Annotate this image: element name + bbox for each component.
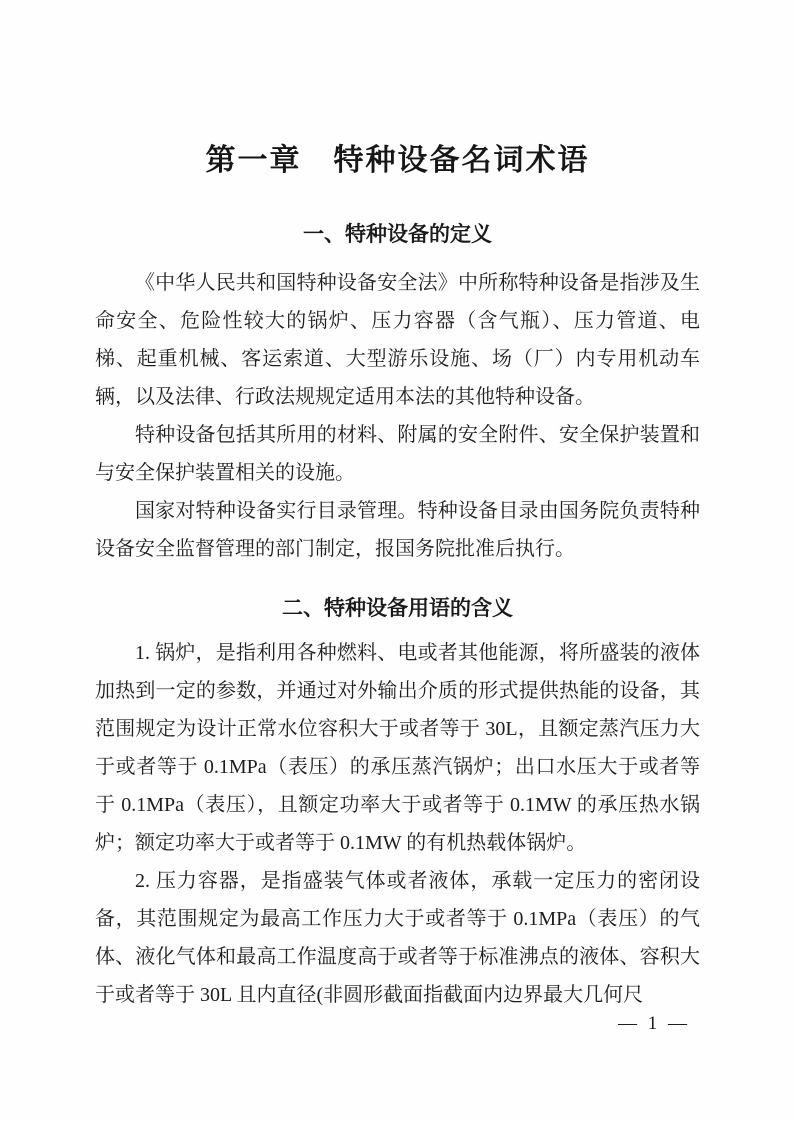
paragraph: 1. 锅炉，是指利用各种燃料、电或者其他能源，将所盛装的液体加热到一定的参数，并… — [95, 634, 700, 862]
paragraph: 国家对特种设备实行目录管理。特种设备目录由国务院负责特种设备安全监督管理的部门制… — [95, 492, 700, 568]
paragraph: 特种设备包括其所用的材料、附属的安全附件、安全保护装置和与安全保护装置相关的设施… — [95, 416, 700, 492]
section-2-heading: 二、特种设备用语的含义 — [95, 596, 700, 622]
document-page: 第一章 特种设备名词术语 一、特种设备的定义 《中华人民共和国特种设备安全法》中… — [0, 0, 794, 1121]
chapter-title: 第一章 特种设备名词术语 — [95, 140, 700, 182]
section-1-heading: 一、特种设备的定义 — [95, 222, 700, 248]
paragraph: 2. 压力容器，是指盛装气体或者液体，承载一定压力的密闭设备，其范围规定为最高工… — [95, 862, 700, 1014]
section-1-body: 《中华人民共和国特种设备安全法》中所称特种设备是指涉及生命安全、危险性较大的锅炉… — [95, 264, 700, 568]
paragraph: 《中华人民共和国特种设备安全法》中所称特种设备是指涉及生命安全、危险性较大的锅炉… — [95, 264, 700, 416]
section-2-body: 1. 锅炉，是指利用各种燃料、电或者其他能源，将所盛装的液体加热到一定的参数，并… — [95, 634, 700, 1014]
page-number: — 1 — — [618, 1012, 690, 1036]
